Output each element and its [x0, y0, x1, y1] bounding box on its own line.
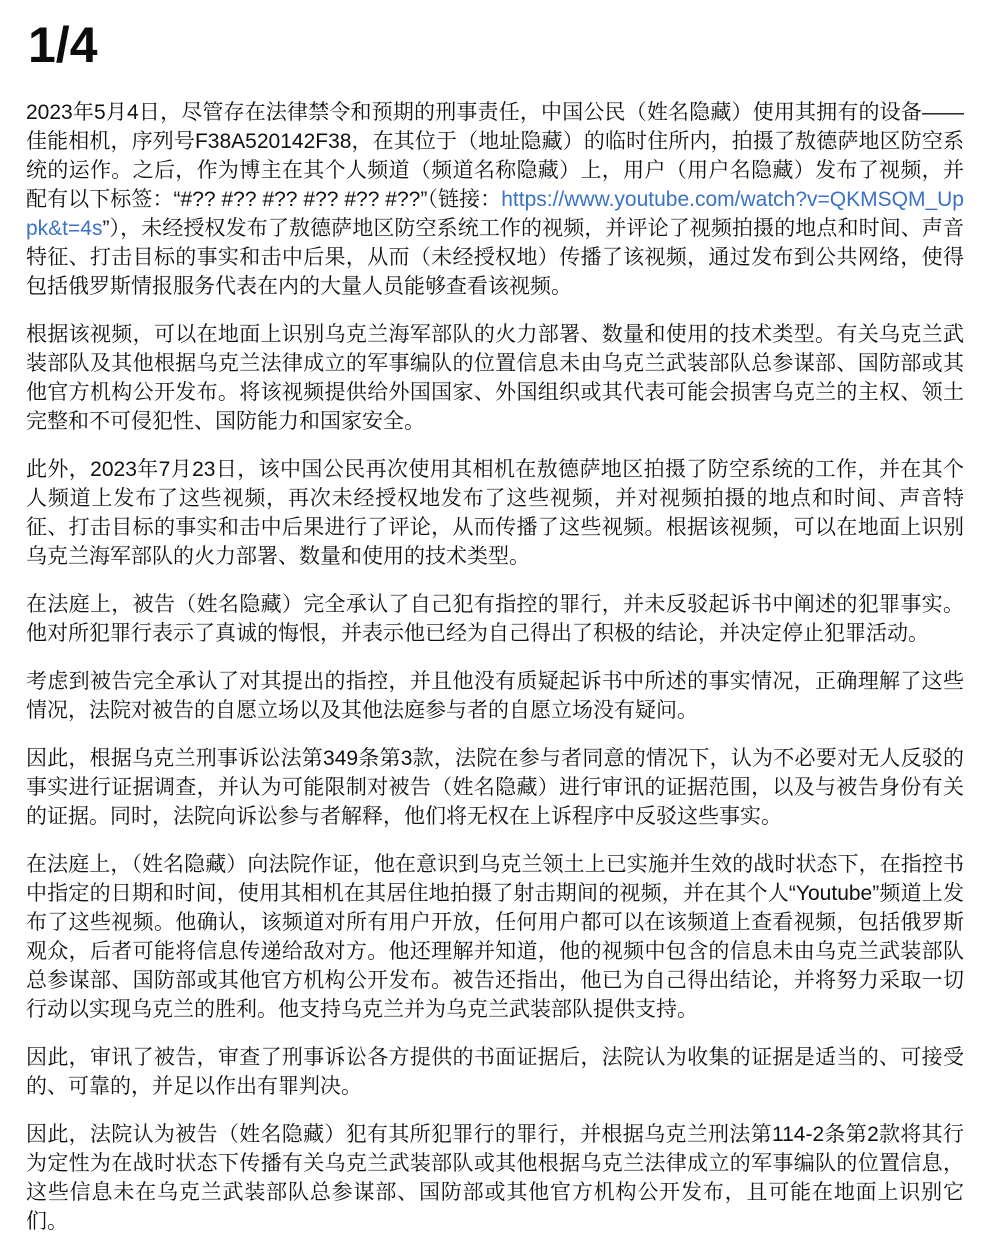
document-content: 1/4 2023年5月4日，尽管存在法律禁令和预期的刑事责任，中国公民（姓名隐藏…: [0, 0, 995, 1246]
paragraph-1: 2023年5月4日，尽管存在法律禁令和预期的刑事责任，中国公民（姓名隐藏）使用其…: [26, 98, 964, 301]
paragraph-5: 考虑到被告完全承认了对其提出的指控，并且他没有质疑起诉书中所述的事实情况，正确理…: [26, 667, 964, 725]
page-title: 1/4: [28, 20, 964, 70]
paragraph-1-text-after-link: ”），未经授权发布了敖德萨地区防空系统工作的视频，并评论了视频拍摄的地点和时间、…: [26, 217, 964, 298]
paragraph-8: 因此，审讯了被告，审查了刑事诉讼各方提供的书面证据后，法院认为收集的证据是适当的…: [26, 1043, 964, 1101]
paragraph-7: 在法庭上，（姓名隐藏）向法院作证，他在意识到乌克兰领土上已实施并生效的战时状态下…: [26, 850, 964, 1024]
paragraph-3: 此外，2023年7月23日，该中国公民再次使用其相机在敖德萨地区拍摄了防空系统的…: [26, 455, 964, 571]
paragraph-2: 根据该视频，可以在地面上识别乌克兰海军部队的火力部署、数量和使用的技术类型。有关…: [26, 320, 964, 436]
paragraph-9: 因此，法院认为被告（姓名隐藏）犯有其所犯罪行的罪行，并根据乌克兰刑法第114-2…: [26, 1120, 964, 1236]
document-page: { "page": { "title": "1/4" }, "colors": …: [0, 0, 995, 1246]
paragraph-4: 在法庭上，被告（姓名隐藏）完全承认了自己犯有指控的罪行，并未反驳起诉书中阐述的犯…: [26, 590, 964, 648]
paragraph-6: 因此，根据乌克兰刑事诉讼法第349条第3款，法院在参与者同意的情况下，认为不必要…: [26, 744, 964, 831]
